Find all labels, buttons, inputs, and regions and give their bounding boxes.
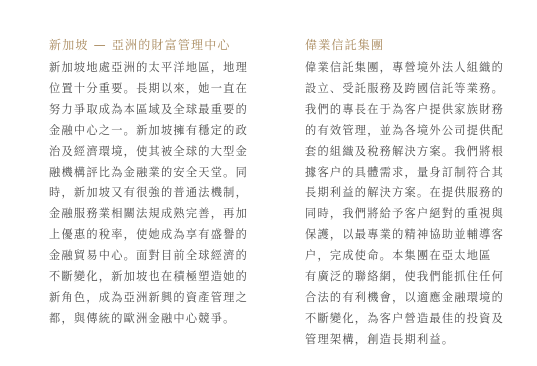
body-line: 據客户的具體需求，量身訂制符合其 [305, 163, 527, 184]
singapore-section-heading: 新加坡 — 亞洲的財富管理中心 [49, 38, 271, 53]
body-line: 金融服務業相關法規成熟完善，再加 [49, 204, 271, 225]
body-line: 保護，以最專業的精神協助並輔導客 [305, 225, 527, 246]
body-line: 管理架構，創造長期利益。 [305, 330, 527, 351]
body-line: 努力爭取成為本區域及全球最重要的 [49, 100, 271, 121]
body-line: 户，完成使命。本集團在亞太地區 [305, 246, 527, 267]
body-line: 我們的專長在于為客户提供家族財務 [305, 100, 527, 121]
body-line: 新加坡地處亞洲的太平洋地區，地理 [49, 58, 271, 79]
singapore-section-body: 新加坡地處亞洲的太平洋地區，地理 位置十分重要。長期以來，她一直在 努力爭取成為… [49, 58, 271, 330]
body-line: 設立、受託服務及跨國信託等業務。 [305, 79, 527, 100]
body-line: 合法的有利機會，以適應金融環境的 [305, 288, 527, 309]
body-line: 偉業信託集團，專營境外法人組織的 [305, 58, 527, 79]
body-line: 新角色，成為亞洲新興的資產管理之 [49, 288, 271, 309]
trust-group-section-body: 偉業信託集團，專營境外法人組織的 設立、受託服務及跨國信託等業務。 我們的專長在… [305, 58, 527, 351]
trust-group-section-heading: 偉業信託集團 [305, 38, 527, 53]
body-line: 套的組織及稅務解決方案。我們將根 [305, 142, 527, 163]
body-line: 時，新加坡又有很強的普通法機制， [49, 183, 271, 204]
body-line: 融機構評比為金融業的安全天堂。同 [49, 163, 271, 184]
body-line: 都，與傳統的歐洲金融中心競爭。 [49, 309, 271, 330]
body-line: 的有效管理，並為各境外公司提供配 [305, 121, 527, 142]
body-line: 有廣泛的聯絡網，使我們能抓住任何 [305, 267, 527, 288]
body-line: 不斷變化，新加坡也在積極塑造她的 [49, 267, 271, 288]
singapore-section: 新加坡 — 亞洲的財富管理中心 新加坡地處亞洲的太平洋地區，地理 位置十分重要。… [49, 38, 271, 330]
body-line: 不斷變化，為客户營造最佳的投資及 [305, 309, 527, 330]
body-line: 治及經濟環境，使其被全球的大型金 [49, 142, 271, 163]
body-line: 金融中心之一。新加坡擁有穩定的政 [49, 121, 271, 142]
body-line: 上優惠的稅率，使她成為享有盛譽的 [49, 225, 271, 246]
body-line: 位置十分重要。長期以來，她一直在 [49, 79, 271, 100]
body-line: 同時，我們將給予客户絕對的重視與 [305, 204, 527, 225]
body-line: 金融貿易中心。面對目前全球經濟的 [49, 246, 271, 267]
body-line: 長期利益的解決方案。在提供服務的 [305, 183, 527, 204]
trust-group-section: 偉業信託集團 偉業信託集團，專營境外法人組織的 設立、受託服務及跨國信託等業務。… [305, 38, 527, 351]
